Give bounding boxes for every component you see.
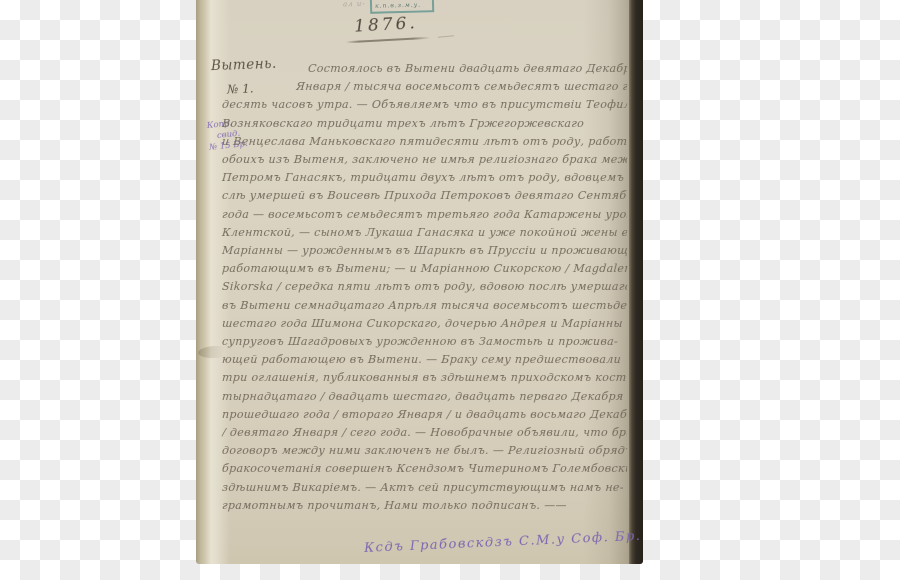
handwritten-line: три оглашенія, публикованныя въ здѣшнемъ… [222,371,628,385]
handwritten-line: тырнадцатаго / двадцать шестаго, двадцат… [222,390,628,404]
archive-stamp: к.п.в.з.м.у. [370,0,434,14]
year-underline [346,37,430,43]
handwritten-line: здѣшнимъ Викаріемъ. — Актъ сей присутств… [222,481,628,495]
archive-stamp-text: к.п.в.з.м.у. [375,1,434,10]
faint-pencil-marks: ал и- [343,0,366,8]
handwritten-line: бракосочетанія совершенъ Ксендзомъ Читер… [222,462,628,476]
handwritten-line: работающимъ въ Вытени; — и Маріанною Сик… [222,262,628,276]
margin-place-note: Вытень. [211,56,277,74]
handwritten-line: и Венцеслава Маньковскаго пятидесяти лѣт… [222,135,628,149]
handwritten-line: шестаго года Шимона Сикорскаго, дочерью … [222,317,628,331]
handwritten-line: обоихъ изъ Вытеня, заключено не имѣя рел… [222,153,628,167]
handwritten-line: супруговъ Шагадровыхъ урожденною въ Замо… [222,335,628,349]
handwritten-line: грамотнымъ прочитанъ, Нами только подпис… [222,499,628,513]
handwritten-line: договоръ между ними заключенъ не былъ. —… [222,444,628,458]
handwritten-line: прошедшаго года / втораго Января / и два… [222,408,628,422]
year-dash [438,35,454,37]
year-heading: 1876. [338,13,435,38]
handwritten-line: слѣ умершей въ Воисевѣ Прихода Петроковъ… [222,189,628,203]
handwritten-line: Возняковскаго тридцати трехъ лѣтъ Гржего… [222,117,628,131]
handwritten-line: десять часовъ утра. — Объявляемъ что въ … [222,98,628,112]
handwritten-line: ющей работающею въ Вытени. — Браку сему … [222,353,628,367]
handwritten-line: Маріанны — урожденнымъ въ Шарикѣ въ Прус… [222,244,628,258]
handwritten-line: года — восемьсотъ семьдесятъ третьяго го… [222,208,628,222]
handwritten-line: Состоялось въ Вытени двадцать девятаго Д… [308,62,628,76]
handwritten-line: Петромъ Ганасякъ, тридцати двухъ лѣтъ от… [222,171,628,185]
handwritten-line: въ Вытени семнадцатаго Апрѣля тысяча вос… [222,299,628,313]
priest-signature: Ксдъ Грабовскдзъ С.М.у Соф. Бр. Вик. [364,529,639,556]
handwritten-line: Sikorska / середка пяти лѣтъ отъ роду, в… [222,280,628,294]
book-gutter-strip [629,0,643,564]
transparency-canvas: к.п.в.з.м.у. ал и- 1876. Вытень. № 1. Ко… [0,0,900,580]
handwritten-line: Января / тысяча восемьсотъ семьдесятъ ше… [296,80,628,94]
handwritten-line: / девятаго Января / сего года. — Новобра… [222,426,628,440]
handwritten-line: Клентской, — сыномъ Лукаша Ганасяка и уж… [222,226,628,240]
margin-record-number: № 1. [227,82,254,97]
document-scan: к.п.в.з.м.у. ал и- 1876. Вытень. № 1. Ко… [196,0,643,564]
